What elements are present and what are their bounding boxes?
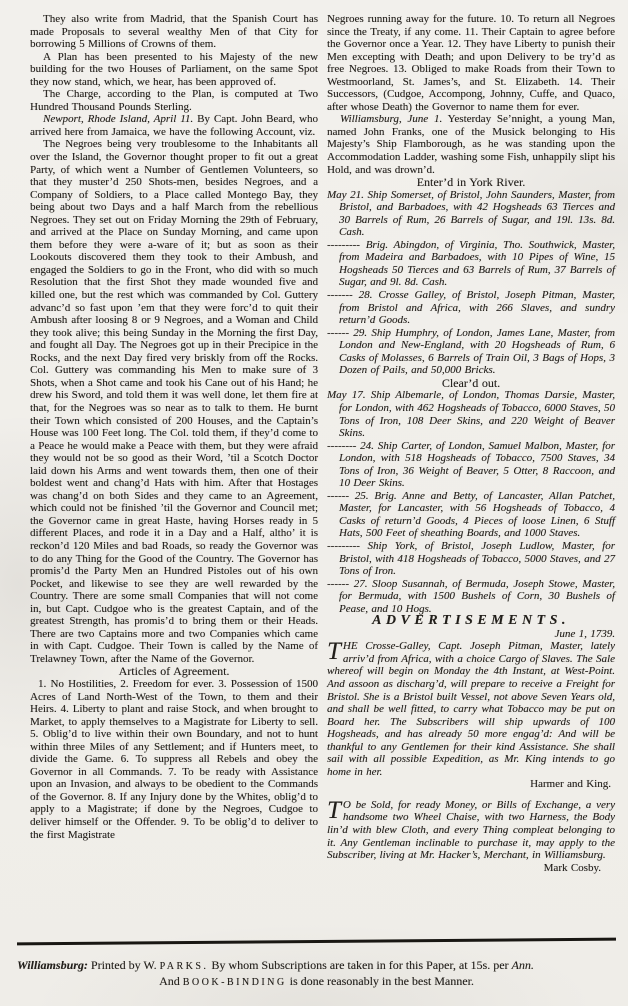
shipping-entry-entered: ------- 28. Crosse Galley, of Bristol, J… [327, 289, 615, 327]
shipping-entry-cleared: ------ 27. Sloop Susannah, of Bermuda, J… [327, 578, 615, 616]
bookbinding-text: BOOK-BINDING [183, 977, 287, 988]
shipping-entry-entered: ------ 29. Ship Humphry, of London, Jame… [327, 327, 615, 377]
news-paragraph-parliament: A Plan has been presented to his Majesty… [30, 51, 318, 89]
imprint-line-1: Williamsburg: Printed by W. PARKS. By wh… [17, 958, 616, 974]
imprint-text: And [159, 974, 183, 988]
drop-cap: T [327, 800, 341, 821]
spacer [327, 791, 615, 799]
dateline-newport: Newport, Rhode Island, April 11. [43, 113, 193, 125]
advertisement-signature: Harmer and King. [327, 778, 615, 791]
printer-name: PARKS. [160, 961, 209, 972]
drop-cap: T [327, 641, 341, 662]
imprint-ann: Ann. [512, 958, 534, 972]
dateline-williamsburg: Williamsburg, June 1. [340, 113, 442, 125]
advertisements-heading: ADVERTISEMENTS. [327, 615, 615, 628]
shipping-entry-cleared: --------- Ship York, of Bristol, Joseph … [327, 540, 615, 578]
news-paragraph-madrid: They also write from Madrid, that the Sp… [30, 13, 318, 51]
articles-heading: Articles of Agreement. [30, 665, 318, 678]
imprint-city: Williamsburg: [17, 958, 88, 972]
advertisements-date: June 1, 1739. [327, 628, 615, 641]
news-paragraph-charge: The Charge, according to the Plan, is co… [30, 88, 318, 113]
articles-continuation-text: Negroes running away for the future. 10.… [327, 13, 615, 113]
shipping-entry-cleared: May 17. Ship Albemarle, of London, Thoma… [327, 389, 615, 439]
news-paragraph-jamaica-account: The Negroes being very troublesome to th… [30, 138, 318, 665]
advertisement-signature: Mark Cosby. [327, 862, 615, 875]
advertisement-text: HE Crosse-Galley, Capt. Joseph Pitman, M… [327, 640, 615, 777]
shipping-entry-cleared: -------- 24. Ship Carter, of London, Sam… [327, 440, 615, 490]
imprint-text: By whom Subscriptions are taken in for t… [208, 958, 511, 972]
articles-of-agreement-text: 1. No Hostilities, 2. Freedom for ever. … [30, 678, 318, 841]
imprint-line-2: And BOOK-BINDING is done reasonably in t… [17, 974, 616, 990]
shipping-entry-cleared: ------ 25. Brig. Anne and Betty, of Lanc… [327, 490, 615, 540]
advertisement-crosse-galley: THE Crosse-Galley, Capt. Joseph Pitman, … [327, 640, 615, 778]
imprint-text: Printed by W. [88, 958, 160, 972]
entered-york-river-heading: Enter’d in York River. [327, 176, 615, 189]
shipping-entry-entered: --------- Brig. Abingdon, of Virginia, T… [327, 239, 615, 289]
advertisement-text: O be Sold, for ready Money, or Bills of … [327, 799, 615, 861]
news-paragraph-williamsburg: Williamsburg, June 1. Yesterday Se’nnigh… [327, 113, 615, 176]
advertisement-chaise-for-sale: TO be Sold, for ready Money, or Bills of… [327, 799, 615, 862]
newspaper-page: They also write from Madrid, that the Sp… [0, 0, 628, 1006]
imprint-text: is done reasonably in the best Manner. [287, 974, 474, 988]
cleared-out-heading: Clear’d out. [327, 377, 615, 390]
left-column: They also write from Madrid, that the Sp… [30, 13, 318, 874]
shipping-entry-entered: May 21. Ship Somerset, of Bristol, John … [327, 189, 615, 239]
page-columns: They also write from Madrid, that the Sp… [30, 13, 615, 874]
imprint-footer: Williamsburg: Printed by W. PARKS. By wh… [17, 958, 616, 990]
right-column: Negroes running away for the future. 10.… [327, 13, 615, 874]
news-paragraph-newport: Newport, Rhode Island, April 11. By Capt… [30, 113, 318, 138]
footer-divider-rule [17, 938, 616, 946]
